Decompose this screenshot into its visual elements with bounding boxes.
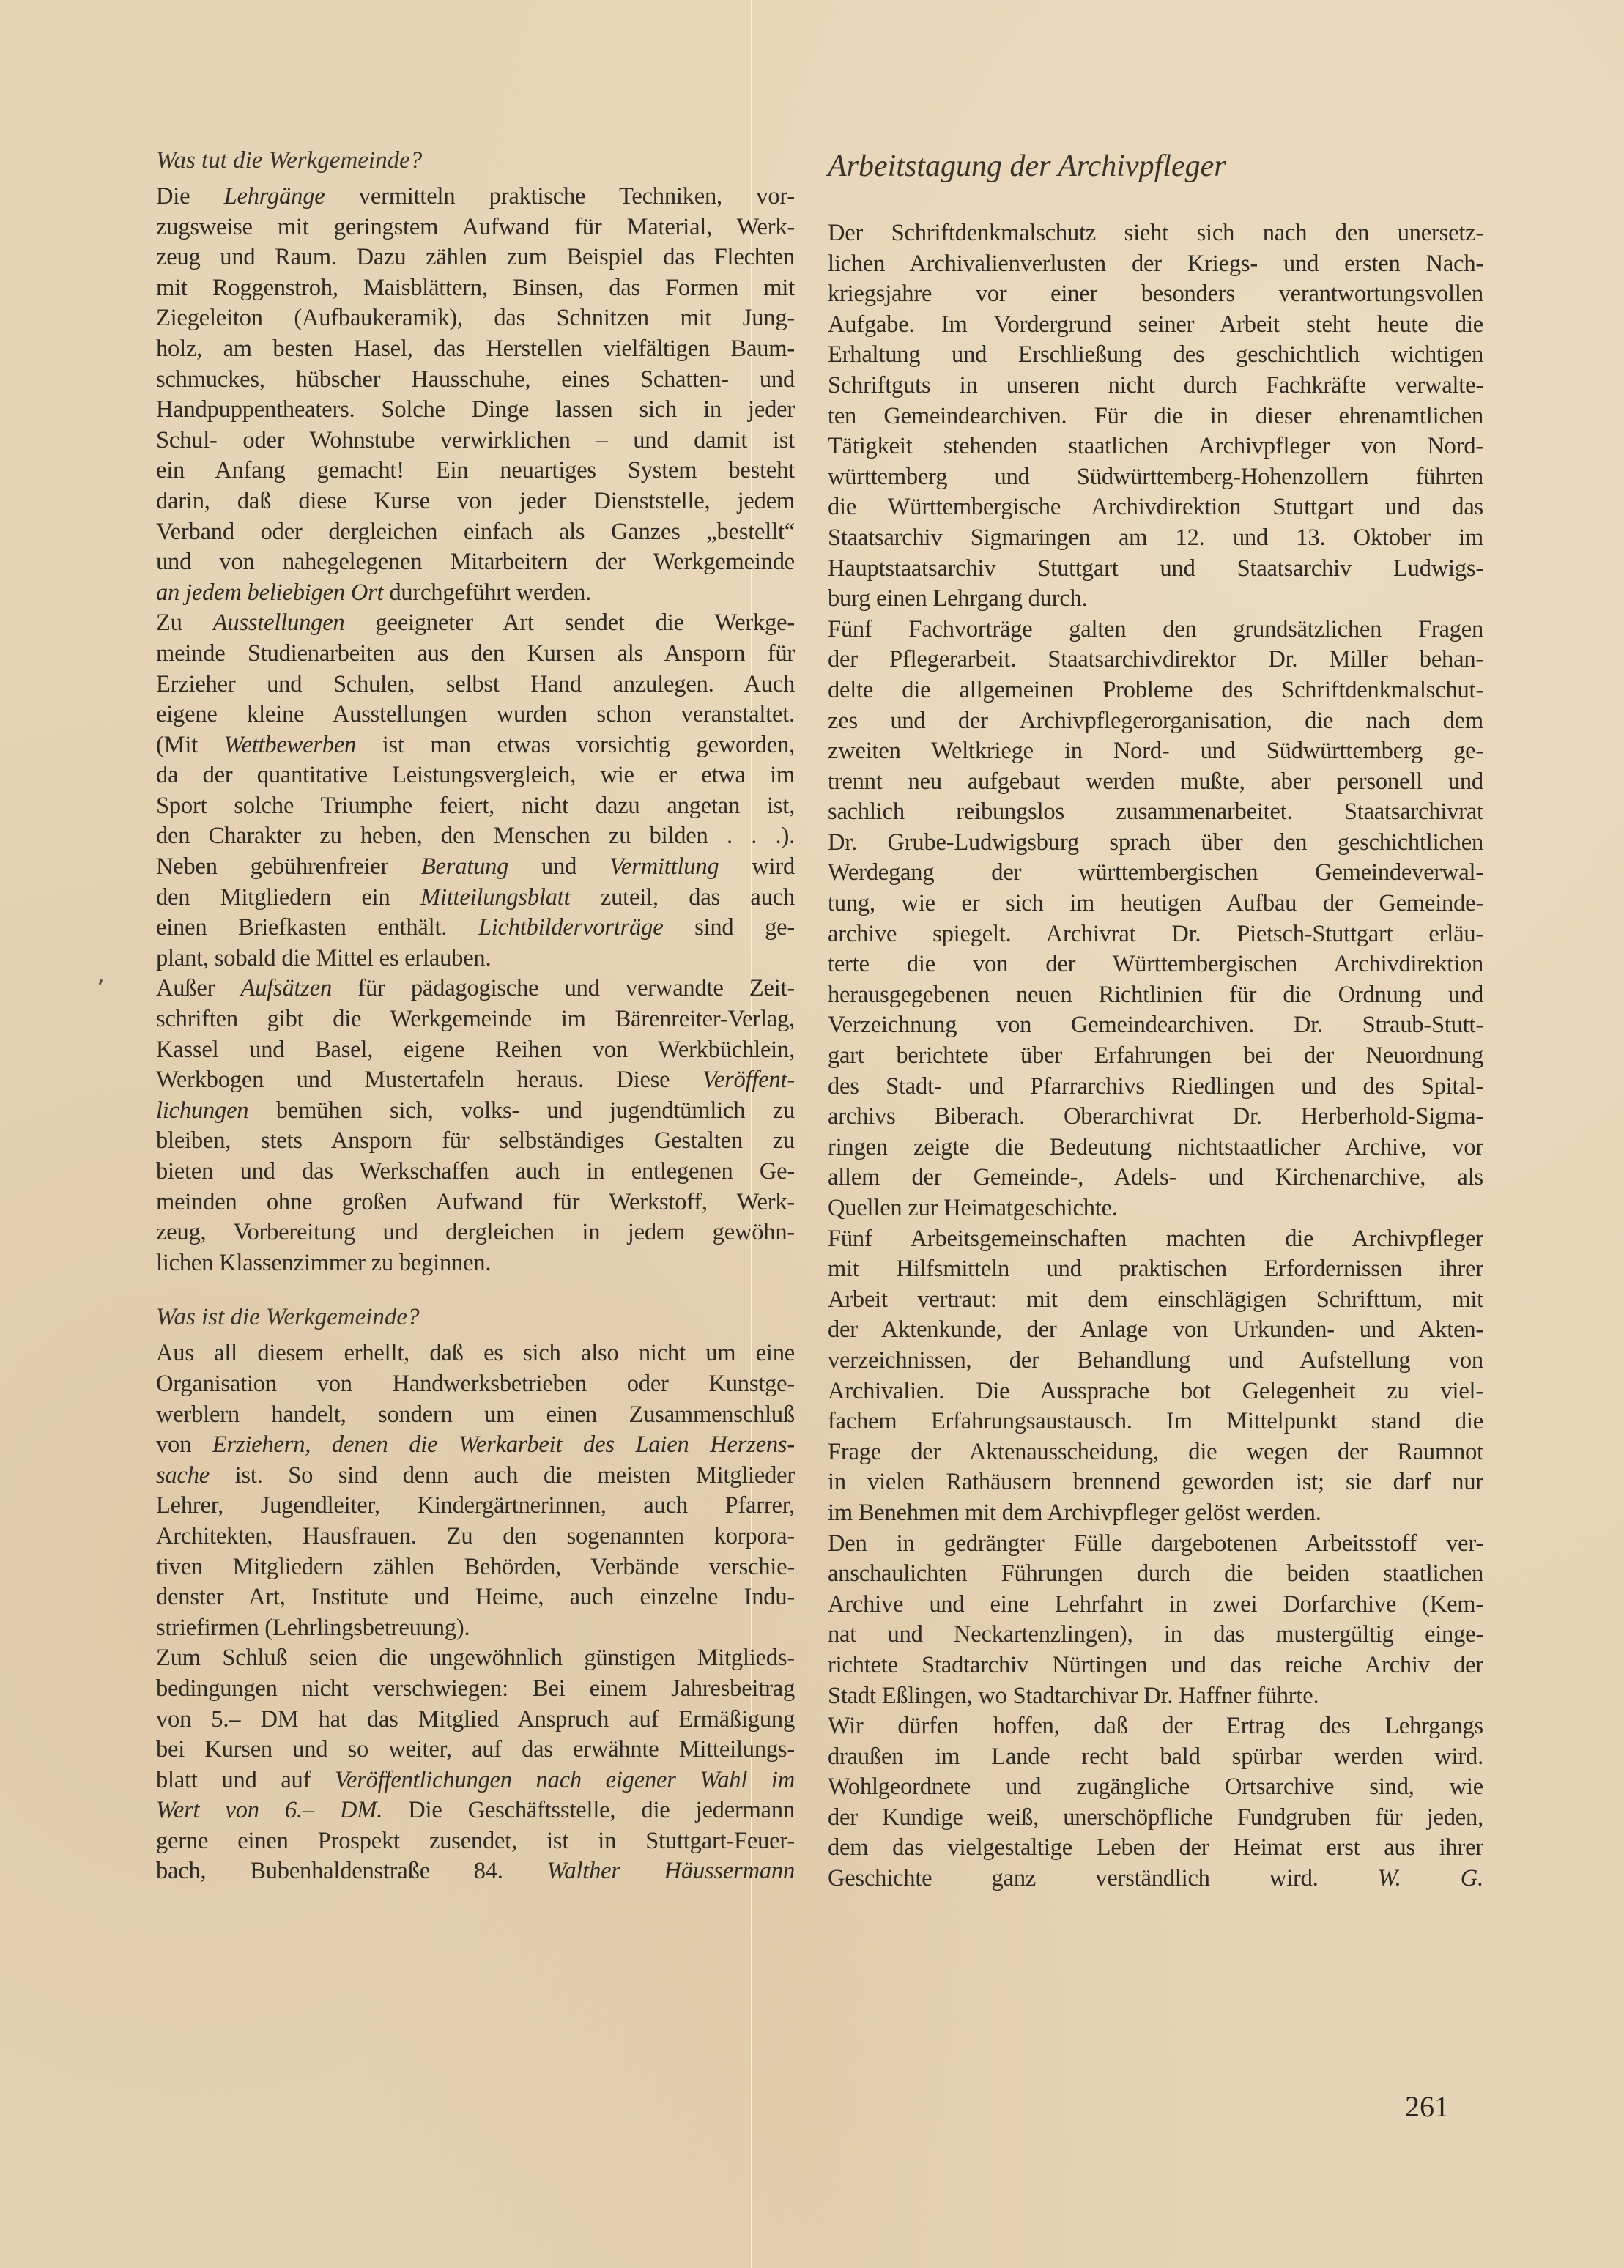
text-line: Archivalien. Die Aussprache bot Gelegenh…	[828, 1376, 1483, 1407]
emphasis-text: an jedem beliebigen Ort	[156, 579, 383, 606]
text-line: ten Gemeindearchiven. Für die in dieser …	[828, 401, 1483, 432]
text-line: schmuckes, hübscher Hausschuhe, eines Sc…	[156, 365, 795, 396]
article-werkgemeinde: Was tut die Werkgemeinde? Die Lehrgänge …	[156, 144, 795, 1887]
text-line: an jedem beliebigen Ort durchgeführt wer…	[156, 578, 795, 609]
emphasis-text: Erziehern, denen die Werkarbeit des Laie…	[212, 1431, 795, 1458]
emphasis-text: Veröffentlichungen nach eigener Wahl im	[335, 1767, 795, 1793]
body-text: bleiben, stets Ansporn für selbständiges…	[156, 1127, 795, 1154]
body-text: bemühen sich, volks- und jugendtümlich z…	[248, 1097, 795, 1124]
text-line: Aufgabe. Im Vordergrund seiner Arbeit st…	[828, 310, 1483, 341]
text-line: anschaulichten Führungen durch die beide…	[828, 1559, 1483, 1590]
body-text	[503, 1858, 547, 1884]
body-text: mit Hilfsmitteln und praktischen Erforde…	[828, 1256, 1483, 1282]
body-text: ten Gemeindearchiven. Für die in dieser …	[828, 403, 1483, 429]
body-text: einen Briefkasten enthält.	[156, 914, 478, 941]
text-line: Dr. Grube-Ludwigsburg sprach über den ge…	[828, 828, 1483, 859]
body-text: Ziegeleiton (Aufbaukeramik), das Schnitz…	[156, 305, 795, 331]
text-line: Lehrer, Jugendleiter, Kindergärtnerinnen…	[156, 1491, 795, 1522]
body-text: herausgegebenen neuen Richtlinien für di…	[828, 982, 1483, 1008]
body-text: und von nahegelegenen Mitarbeitern der W…	[156, 549, 795, 575]
body-text: burg einen Lehrgang durch.	[828, 585, 1088, 612]
emphasis-text: Walther Häussermann	[547, 1858, 795, 1884]
text-line: delte die allgemeinen Probleme des Schri…	[828, 675, 1483, 706]
text-line: Wohlgeordnete und zugängliche Ortsarchiv…	[828, 1772, 1483, 1803]
text-line: bedingungen nicht verschwiegen: Bei eine…	[156, 1674, 795, 1705]
text-line: Fünf Arbeitsgemeinschaften machten die A…	[828, 1224, 1483, 1255]
body-text: Sport solche Triumphe feiert, nicht dazu…	[156, 793, 795, 819]
emphasis-text: Wettbewerben	[224, 732, 357, 758]
body-text: trennt neu aufgebaut werden mußte, aber …	[828, 768, 1483, 795]
body-text: fachem Erfahrungsaustausch. Im Mittelpun…	[828, 1408, 1483, 1434]
body-text: württemberg und Südwürttemberg-Hohenzoll…	[828, 464, 1483, 490]
text-line: zugsweise mit geringstem Aufwand für Mat…	[156, 212, 795, 243]
body-text: von 5.– DM hat das Mitglied Anspruch auf…	[156, 1706, 795, 1732]
body-text: und	[508, 853, 609, 880]
text-line: Zu Ausstellungen geeigneter Art sendet d…	[156, 608, 795, 639]
body-text: eigene kleine Ausstellungen wurden schon…	[156, 701, 795, 727]
signature-line: Geschichte ganz verständlich wird. W. G.	[828, 1864, 1483, 1894]
body-text: Staatsarchiv Sigmaringen am 12. und 13. …	[828, 525, 1483, 551]
text-line: der Pflegerarbeit. Staatsarchivdirektor …	[828, 645, 1483, 675]
text-line: terte die von der Württembergischen Arch…	[828, 949, 1483, 980]
body-text: Geschichte ganz verständlich wird.	[828, 1865, 1319, 1891]
body-text: durchgeführt werden.	[383, 579, 591, 606]
section-body-was-tut: Die Lehrgänge vermitteln praktische Tech…	[156, 182, 795, 1278]
body-text: holz, am besten Hasel, das Herstellen vi…	[156, 336, 795, 362]
body-text: anschaulichten Führungen durch die beide…	[828, 1560, 1483, 1587]
body-text: da der quantitative Leistungsvergleich, …	[156, 762, 795, 788]
body-text: verzeichnissen, der Behandlung und Aufst…	[828, 1347, 1483, 1374]
body-text: Wohlgeordnete und zugängliche Ortsarchiv…	[828, 1774, 1483, 1800]
text-line: der Kundige weiß, unerschöpfliche Fundgr…	[828, 1803, 1483, 1834]
emphasis-text: Aufsätzen	[240, 975, 332, 1001]
body-text: (Mit	[156, 732, 224, 758]
text-line: bleiben, stets Ansporn für selbständiges…	[156, 1126, 795, 1157]
text-line: schriften gibt die Werkgemeinde im Bären…	[156, 1004, 795, 1035]
body-text: tung, wie er sich im heutigen Aufbau der…	[828, 890, 1483, 916]
text-line: ein Anfang gemacht! Ein neuartiges Syste…	[156, 456, 795, 486]
text-line: Arbeit vertraut: mit dem einschlägigen S…	[828, 1285, 1483, 1316]
body-text: mit Roggenstroh, Maisblättern, Binsen, d…	[156, 275, 795, 301]
section-gap	[156, 1278, 795, 1300]
body-text: bei Kursen und so weiter, auf das erwähn…	[156, 1736, 795, 1763]
body-text: Erzieher und Schulen, selbst Hand anzule…	[156, 671, 795, 697]
body-text: der Kundige weiß, unerschöpfliche Fundgr…	[828, 1804, 1483, 1831]
article-title: Arbeitstagung der Archivpfleger	[828, 147, 1483, 186]
body-text: zeug, Vorbereitung und dergleichen in je…	[156, 1219, 795, 1245]
emphasis-text: Beratung	[421, 853, 508, 880]
body-text: Quellen zur Heimatgeschichte.	[828, 1195, 1118, 1221]
body-text: gart berichtete über Erfahrungen bei der…	[828, 1042, 1483, 1069]
body-text: zeug und Raum. Dazu zählen zum Beispiel …	[156, 244, 795, 270]
body-text: Frage der Aktenausscheidung, die wegen d…	[828, 1439, 1483, 1465]
text-line: sache ist. So sind denn auch die meisten…	[156, 1461, 795, 1491]
text-line: Sport solche Triumphe feiert, nicht dazu…	[156, 791, 795, 822]
text-line: Werdegang der württembergischen Gemeinde…	[828, 858, 1483, 889]
body-text: Zu	[156, 609, 213, 636]
body-text: blatt und auf	[156, 1767, 335, 1793]
body-text: von	[156, 1431, 212, 1458]
body-text: archivs Biberach. Oberarchivrat Dr. Herb…	[828, 1103, 1483, 1130]
text-line: holz, am besten Hasel, das Herstellen vi…	[156, 334, 795, 365]
text-line: Zum Schluß seien die ungewöhnlich günsti…	[156, 1643, 795, 1674]
text-line: Schriftguts in unseren nicht durch Fachk…	[828, 371, 1483, 401]
emphasis-text: Vermittlung	[609, 853, 719, 880]
body-text: bedingungen nicht verschwiegen: Bei eine…	[156, 1675, 795, 1702]
text-line: den Mitgliedern ein Mitteilungsblatt zut…	[156, 883, 795, 913]
text-line: in vielen Rathäusern brennend geworden i…	[828, 1467, 1483, 1498]
text-line: (Mit Wettbewerben ist man etwas vorsicht…	[156, 730, 795, 761]
text-line: Architekten, Hausfrauen. Zu den sogenann…	[156, 1522, 795, 1552]
text-line: trennt neu aufgebaut werden mußte, aber …	[828, 767, 1483, 798]
text-line: plant, sobald die Mittel es erlauben.	[156, 944, 795, 974]
body-text: Tätigkeit stehenden staatlichen Archivpf…	[828, 433, 1483, 459]
emphasis-text: Lichtbildervorträge	[478, 914, 664, 941]
text-line: Organisation von Handwerksbetrieben oder…	[156, 1369, 795, 1400]
emphasis-text: Ausstellungen	[213, 609, 345, 636]
body-text: lichen Klassenzimmer zu beginnen.	[156, 1250, 491, 1276]
body-text: Verband oder dergleichen einfach als Gan…	[156, 519, 795, 545]
text-line: von 5.– DM hat das Mitglied Anspruch auf…	[156, 1705, 795, 1735]
text-line: im Benehmen mit dem Archivpfleger gelöst…	[828, 1498, 1483, 1529]
text-line: blatt und auf Veröffentlichungen nach ei…	[156, 1765, 795, 1796]
body-text: Neben gebührenfreier	[156, 853, 421, 880]
body-text: Schul- oder Wohnstube verwirklichen – un…	[156, 427, 795, 453]
text-line: meinden ohne großen Aufwand für Werkstof…	[156, 1187, 795, 1218]
text-line: denster Art, Institute und Heime, auch e…	[156, 1582, 795, 1613]
text-line: werblern handelt, sondern um einen Zusam…	[156, 1400, 795, 1431]
body-text: darin, daß diese Kurse von jeder Diensts…	[156, 488, 795, 514]
body-text: nat und Neckartenzlingen), in das muster…	[828, 1621, 1483, 1648]
body-text: terte die von der Württembergischen Arch…	[828, 951, 1483, 977]
emphasis-text: lichungen	[156, 1097, 248, 1124]
text-line: Staatsarchiv Sigmaringen am 12. und 13. …	[828, 523, 1483, 554]
text-line: ringen zeigte die Bedeutung nichtstaatli…	[828, 1133, 1483, 1163]
body-text: des Stadt- und Pfarrarchivs Riedlingen u…	[828, 1073, 1483, 1100]
body-text: bach, Bubenhaldenstraße 84.	[156, 1858, 503, 1884]
body-text: den Charakter zu heben, den Menschen zu …	[156, 823, 795, 849]
text-line: mit Hilfsmitteln und praktischen Erforde…	[828, 1254, 1483, 1285]
body-text: zuteil, das auch	[570, 884, 795, 911]
text-line: verzeichnissen, der Behandlung und Aufst…	[828, 1346, 1483, 1376]
text-line: nat und Neckartenzlingen), in das muster…	[828, 1620, 1483, 1650]
body-text: zugsweise mit geringstem Aufwand für Mat…	[156, 214, 795, 240]
body-text: bieten und das Werkschaffen auch in entl…	[156, 1158, 795, 1185]
body-text: Kassel und Basel, eigene Reihen von Werk…	[156, 1037, 795, 1063]
text-line: Archive und eine Lehrfahrt in zwei Dorfa…	[828, 1590, 1483, 1620]
text-line: Fünf Fachvorträge galten den grundsätzli…	[828, 615, 1483, 645]
text-line: eigene kleine Ausstellungen wurden schon…	[156, 700, 795, 730]
text-line: Tätigkeit stehenden staatlichen Archivpf…	[828, 431, 1483, 462]
body-text: der Aktenkunde, der Anlage von Urkunden-…	[828, 1316, 1483, 1343]
text-line: lichungen bemühen sich, volks- und jugen…	[156, 1096, 795, 1127]
body-text: zes und der Archivpflegerorganisation, d…	[828, 708, 1483, 734]
body-text: wird	[719, 853, 795, 880]
text-line: draußen im Lande recht bald spürbar werd…	[828, 1742, 1483, 1773]
text-line: gerne einen Prospekt zusendet, ist in St…	[156, 1826, 795, 1857]
text-line: tung, wie er sich im heutigen Aufbau der…	[828, 889, 1483, 919]
body-text: ist. So sind denn auch die meisten Mitgl…	[210, 1462, 795, 1489]
text-line: lichen Archivalienverlusten der Kriegs- …	[828, 249, 1483, 280]
body-text: gerne einen Prospekt zusendet, ist in St…	[156, 1828, 795, 1854]
emphasis-text: Mitteilungsblatt	[420, 884, 570, 911]
text-line: Ziegeleiton (Aufbaukeramik), das Schnitz…	[156, 303, 795, 334]
body-text: ist man etwas vorsichtig geworden,	[356, 732, 795, 758]
text-line: Erhaltung und Erschließung des geschicht…	[828, 340, 1483, 371]
text-line: Erzieher und Schulen, selbst Hand anzule…	[156, 670, 795, 700]
text-line: Hauptstaatsarchiv Stuttgart und Staatsar…	[828, 554, 1483, 585]
body-text: Werkbogen und Mustertafeln heraus. Diese	[156, 1067, 702, 1093]
text-line: burg einen Lehrgang durch.	[828, 584, 1483, 615]
body-text: striefirmen (Lehrlingsbetreuung).	[156, 1615, 470, 1641]
text-line: herausgegebenen neuen Richtlinien für di…	[828, 980, 1483, 1011]
text-line: fachem Erfahrungsaustausch. Im Mittelpun…	[828, 1407, 1483, 1437]
body-text: geeigneter Art sendet die Werkge-	[345, 609, 796, 636]
body-text: denster Art, Institute und Heime, auch e…	[156, 1584, 795, 1610]
text-line: tiven Mitgliedern zählen Behörden, Verbä…	[156, 1552, 795, 1583]
body-text: werblern handelt, sondern um einen Zusam…	[156, 1401, 795, 1428]
body-text: für pädagogische und verwandte Zeit-	[332, 975, 795, 1001]
text-line: darin, daß diese Kurse von jeder Diensts…	[156, 486, 795, 517]
text-line: die Württembergische Archivdirektion Stu…	[828, 492, 1483, 523]
body-text: Erhaltung und Erschließung des geschicht…	[828, 341, 1483, 368]
article-body: Der Schriftdenkmalschutz sieht sich nach…	[828, 218, 1483, 1894]
emphasis-text: Wert von 6.– DM.	[156, 1797, 382, 1823]
body-text: meinden ohne großen Aufwand für Werkstof…	[156, 1189, 795, 1215]
body-text: Lehrer, Jugendleiter, Kindergärtnerinnen…	[156, 1492, 795, 1519]
text-line: richtete Stadtarchiv Nürtingen und das r…	[828, 1650, 1483, 1681]
text-line: zeug, Vorbereitung und dergleichen in je…	[156, 1218, 795, 1248]
text-line: zes und der Archivpflegerorganisation, d…	[828, 706, 1483, 737]
body-text: Schriftguts in unseren nicht durch Fachk…	[828, 372, 1483, 399]
body-text: Verzeichnung von Gemeindearchiven. Dr. S…	[828, 1012, 1483, 1038]
body-text: tiven Mitgliedern zählen Behörden, Verbä…	[156, 1554, 795, 1580]
body-text: richtete Stadtarchiv Nürtingen und das r…	[828, 1652, 1483, 1678]
text-line: Aus all diesem erhellt, daß es sich also…	[156, 1338, 795, 1369]
text-line: bei Kursen und so weiter, auf das erwähn…	[156, 1735, 795, 1765]
body-text: Stadt Eßlingen, wo Stadtarchivar Dr. Haf…	[828, 1683, 1319, 1709]
text-line: Verband oder dergleichen einfach als Gan…	[156, 517, 795, 548]
body-text: Dr. Grube-Ludwigsburg sprach über den ge…	[828, 829, 1483, 856]
body-text: draußen im Lande recht bald spürbar werd…	[828, 1743, 1483, 1770]
text-line: Kassel und Basel, eigene Reihen von Werk…	[156, 1035, 795, 1066]
emphasis-text: Veröffent-	[702, 1067, 795, 1093]
body-text: ringen zeigte die Bedeutung nichtstaatli…	[828, 1134, 1483, 1160]
body-text: Wir dürfen hoffen, daß der Ertrag des Le…	[828, 1713, 1483, 1739]
text-line: den Charakter zu heben, den Menschen zu …	[156, 821, 795, 852]
text-line: mit Roggenstroh, Maisblättern, Binsen, d…	[156, 273, 795, 304]
text-line: Handpuppentheaters. Solche Dinge lassen …	[156, 395, 795, 426]
body-text: archive spiegelt. Archivrat Dr. Pietsch-…	[828, 921, 1483, 947]
text-line: Neben gebührenfreier Beratung und Vermit…	[156, 852, 795, 883]
text-line: einen Briefkasten enthält. Lichtbildervo…	[156, 913, 795, 944]
body-text: plant, sobald die Mittel es erlauben.	[156, 945, 491, 971]
body-text: schriften gibt die Werkgemeinde im Bären…	[156, 1006, 795, 1032]
page-number: 261	[1405, 2089, 1449, 2124]
text-line: von Erziehern, denen die Werkarbeit des …	[156, 1430, 795, 1461]
body-text: kriegsjahre vor einer besonders verantwo…	[828, 281, 1483, 307]
body-text: Hauptstaatsarchiv Stuttgart und Staatsar…	[828, 555, 1483, 582]
body-text: vermitteln praktische Techniken, vor-	[325, 183, 795, 210]
body-text: sind ge-	[663, 914, 795, 941]
body-text: Aus all diesem erhellt, daß es sich also…	[156, 1340, 795, 1366]
body-text: ein Anfang gemacht! Ein neuartiges Syste…	[156, 457, 795, 483]
text-line: gart berichtete über Erfahrungen bei der…	[828, 1041, 1483, 1072]
body-text: zweiten Weltkriege in Nord- und Südwürtt…	[828, 738, 1483, 764]
body-text: Fünf Arbeitsgemeinschaften machten die A…	[828, 1226, 1483, 1252]
body-text: Die	[156, 183, 224, 210]
text-line: dem das vielgestaltige Leben der Heimat …	[828, 1833, 1483, 1864]
emphasis-text: Lehrgänge	[224, 183, 325, 210]
body-text: Die Geschäftsstelle, die jedermann	[382, 1797, 795, 1823]
text-line: da der quantitative Leistungsvergleich, …	[156, 760, 795, 791]
text-line: württemberg und Südwürttemberg-Hohenzoll…	[828, 462, 1483, 493]
body-text: die Württembergische Archivdirektion Stu…	[828, 494, 1483, 520]
text-line: Quellen zur Heimatgeschichte.	[828, 1193, 1483, 1224]
text-line: archivs Biberach. Oberarchivrat Dr. Herb…	[828, 1102, 1483, 1133]
text-line: zeug und Raum. Dazu zählen zum Beispiel …	[156, 242, 795, 273]
body-text: Fünf Fachvorträge galten den grundsätzli…	[828, 616, 1483, 642]
body-text: Werdegang der württembergischen Gemeinde…	[828, 859, 1483, 886]
text-line: archive spiegelt. Archivrat Dr. Pietsch-…	[828, 919, 1483, 950]
text-line: Wert von 6.– DM. Die Geschäftsstelle, di…	[156, 1795, 795, 1826]
text-line: Außer Aufsätzen für pädagogische und ver…	[156, 974, 795, 1004]
body-text: schmuckes, hübscher Hausschuhe, eines Sc…	[156, 366, 795, 393]
text-line: lichen Klassenzimmer zu beginnen.	[156, 1248, 795, 1279]
text-line: und von nahegelegenen Mitarbeitern der W…	[156, 547, 795, 578]
article-archivpfleger: Arbeitstagung der Archivpfleger Der Schr…	[828, 147, 1483, 1894]
text-line: allem der Gemeinde-, Adels- und Kirchena…	[828, 1163, 1483, 1193]
body-text: Den in gedrängter Fülle dargebotenen Arb…	[828, 1530, 1483, 1557]
text-line: Frage der Aktenausscheidung, die wegen d…	[828, 1437, 1483, 1468]
body-text: Aufgabe. Im Vordergrund seiner Arbeit st…	[828, 311, 1483, 338]
section-heading-was-tut: Was tut die Werkgemeinde?	[156, 144, 795, 177]
text-line: bieten und das Werkschaffen auch in entl…	[156, 1157, 795, 1187]
signature-line: bach, Bubenhaldenstraße 84. Walther Häus…	[156, 1856, 795, 1887]
section-heading-was-ist: Was ist die Werkgemeinde?	[156, 1300, 795, 1334]
body-text	[1319, 1865, 1378, 1891]
text-line: des Stadt- und Pfarrarchivs Riedlingen u…	[828, 1072, 1483, 1102]
emphasis-text: W. G.	[1378, 1865, 1483, 1891]
body-text: im Benehmen mit dem Archivpfleger gelöst…	[828, 1500, 1321, 1526]
body-text: Zum Schluß seien die ungewöhnlich günsti…	[156, 1645, 795, 1671]
section-body-was-ist: Aus all diesem erhellt, daß es sich also…	[156, 1338, 795, 1887]
text-line: Der Schriftdenkmalschutz sieht sich nach…	[828, 218, 1483, 249]
text-line: Werkbogen und Mustertafeln heraus. Diese…	[156, 1065, 795, 1096]
body-text: Außer	[156, 975, 240, 1001]
body-text: delte die allgemeinen Probleme des Schri…	[828, 677, 1483, 703]
text-line: Verzeichnung von Gemeindearchiven. Dr. S…	[828, 1010, 1483, 1041]
text-line: Die Lehrgänge vermitteln praktische Tech…	[156, 182, 795, 212]
body-text: sachlich reibungslos zusammenarbeitet. S…	[828, 798, 1483, 825]
body-text: lichen Archivalienverlusten der Kriegs- …	[828, 251, 1483, 277]
body-text: Archive und eine Lehrfahrt in zwei Dorfa…	[828, 1591, 1483, 1617]
text-line: Den in gedrängter Fülle dargebotenen Arb…	[828, 1529, 1483, 1560]
body-text: den Mitgliedern ein	[156, 884, 420, 911]
text-line: Schul- oder Wohnstube verwirklichen – un…	[156, 426, 795, 456]
text-line: sachlich reibungslos zusammenarbeitet. S…	[828, 797, 1483, 828]
body-text: in vielen Rathäusern brennend geworden i…	[828, 1469, 1483, 1495]
body-text: der Pflegerarbeit. Staatsarchivdirektor …	[828, 646, 1483, 672]
body-text: Handpuppentheaters. Solche Dinge lassen …	[156, 396, 795, 423]
body-text: Arbeit vertraut: mit dem einschlägigen S…	[828, 1286, 1483, 1313]
text-line: meinde Studienarbeiten aus den Kursen al…	[156, 639, 795, 670]
text-line: Wir dürfen hoffen, daß der Ertrag des Le…	[828, 1711, 1483, 1742]
body-text: meinde Studienarbeiten aus den Kursen al…	[156, 640, 795, 667]
body-text: Organisation von Handwerksbetrieben oder…	[156, 1371, 795, 1397]
body-text: Der Schriftdenkmalschutz sieht sich nach…	[828, 220, 1483, 246]
text-line: kriegsjahre vor einer besonders verantwo…	[828, 279, 1483, 310]
text-line: Stadt Eßlingen, wo Stadtarchivar Dr. Haf…	[828, 1681, 1483, 1712]
emphasis-text: sache	[156, 1462, 210, 1489]
text-line: zweiten Weltkriege in Nord- und Südwürtt…	[828, 736, 1483, 767]
text-line: striefirmen (Lehrlingsbetreuung).	[156, 1613, 795, 1644]
body-text: Archivalien. Die Aussprache bot Gelegenh…	[828, 1378, 1483, 1404]
body-text: Architekten, Hausfrauen. Zu den sogenann…	[156, 1523, 795, 1549]
body-text: allem der Gemeinde-, Adels- und Kirchena…	[828, 1164, 1483, 1190]
body-text: dem das vielgestaltige Leben der Heimat …	[828, 1834, 1483, 1861]
text-line: der Aktenkunde, der Anlage von Urkunden-…	[828, 1315, 1483, 1346]
